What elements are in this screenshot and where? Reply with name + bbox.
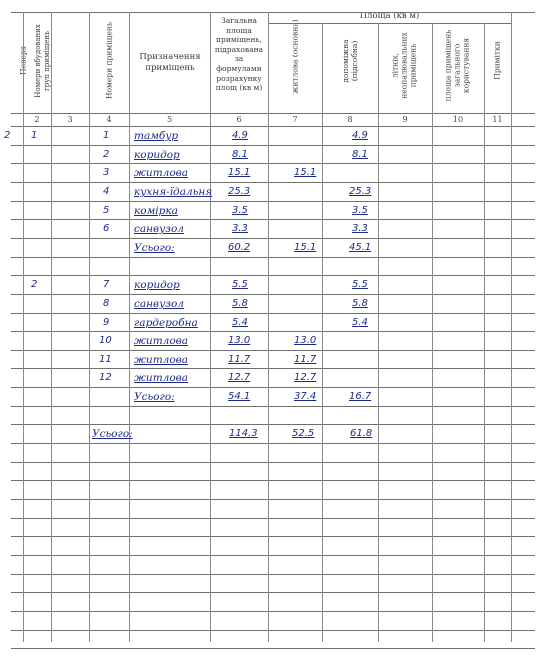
header-purpose: Призначення приміщень [135, 52, 205, 74]
header-notes: Примітки [493, 22, 502, 100]
room-purpose: кухня-їдальня [134, 186, 212, 198]
room-purpose: санвузол [134, 298, 184, 310]
column-line [23, 12, 24, 642]
grand-total-auxiliary: 61.8 [350, 428, 372, 440]
room-number: 9 [103, 317, 109, 329]
living-area: 37.4 [294, 391, 316, 403]
column-line [268, 12, 269, 642]
room-number: 3 [103, 167, 109, 179]
row-line [11, 648, 535, 649]
column-number: 3 [51, 115, 89, 125]
column-number: 5 [129, 115, 210, 125]
room-purpose: коридор [134, 279, 180, 291]
room-number: 11 [99, 354, 112, 366]
room-number: 8 [103, 298, 109, 310]
floor-area-table-sheet: Поверх Номери вбудованих груп приміщень … [0, 0, 549, 670]
room-number: 12 [99, 372, 112, 384]
room-purpose: житлова [134, 354, 188, 366]
area-group-divider [268, 23, 511, 24]
column-number: 10 [432, 115, 484, 125]
grand-total-area: 114.3 [229, 428, 258, 440]
auxiliary-area: 3.3 [352, 223, 368, 235]
total-area: 11.7 [228, 354, 250, 366]
room-number: 10 [99, 335, 112, 347]
column-line [51, 12, 52, 642]
auxiliary-area: 5.8 [352, 298, 368, 310]
total-area: 5.5 [232, 279, 248, 291]
auxiliary-area: 16.7 [349, 391, 371, 403]
auxiliary-area: 4.9 [352, 130, 368, 142]
room-number: 4 [103, 186, 109, 198]
living-area: 13.0 [294, 335, 316, 347]
room-number: 6 [103, 223, 109, 235]
room-purpose: Усього: [134, 391, 175, 403]
total-area: 13.0 [228, 335, 250, 347]
column-number: 6 [210, 115, 268, 125]
auxiliary-area: 5.5 [352, 279, 368, 291]
header-area-group: Площа (кв м) [268, 12, 511, 21]
header-group-numbers: Номери вбудованих груп приміщень [34, 19, 52, 103]
total-area: 25.3 [228, 186, 250, 198]
auxiliary-area: 25.3 [349, 186, 371, 198]
column-line [511, 12, 512, 642]
living-area: 11.7 [294, 354, 316, 366]
room-purpose: житлова [134, 167, 188, 179]
column-number: 7 [268, 115, 322, 125]
header-total-area: Загальна площа приміщень, підрахована за… [211, 16, 267, 93]
column-line [89, 12, 90, 642]
header-common-use: площа приміщень загального користування [444, 27, 471, 105]
column-number: 2 [23, 115, 51, 125]
auxiliary-area: 8.1 [352, 149, 368, 161]
total-area: 60.2 [228, 242, 250, 254]
total-area: 15.1 [228, 167, 250, 179]
room-purpose: тамбур [134, 130, 178, 142]
column-line [129, 12, 130, 642]
room-purpose: Усього: [134, 242, 175, 254]
total-area: 5.8 [232, 298, 248, 310]
column-number: 11 [484, 115, 511, 125]
header-summer-rooms: літніх, неопалювальних приміщень [391, 27, 418, 105]
room-purpose: житлова [134, 335, 188, 347]
total-area: 12.7 [228, 372, 250, 384]
column-number: 9 [378, 115, 432, 125]
room-number: 5 [103, 205, 109, 217]
room-purpose: гардеробна [134, 317, 198, 329]
living-area: 12.7 [294, 372, 316, 384]
total-area: 54.1 [228, 391, 250, 403]
column-line [210, 12, 211, 642]
living-area: 15.1 [294, 167, 316, 179]
column-number: 8 [322, 115, 378, 125]
total-area: 8.1 [232, 149, 248, 161]
room-purpose: житлова [134, 372, 188, 384]
floor-number: 1 [31, 130, 37, 142]
room-number: 2 [103, 149, 109, 161]
room-number: 1 [103, 130, 109, 142]
auxiliary-area: 5.4 [352, 317, 368, 329]
column-number: 4 [89, 115, 129, 125]
room-purpose: комірка [134, 205, 178, 217]
room-purpose: коридор [134, 149, 180, 161]
room-purpose: санвузол [134, 223, 184, 235]
total-area: 4.9 [232, 130, 248, 142]
header-living: житлова (основна) [291, 18, 300, 96]
living-area: 15.1 [294, 242, 316, 254]
grand-total-living: 52.5 [292, 428, 314, 440]
total-area: 5.4 [232, 317, 248, 329]
total-area: 3.5 [232, 205, 248, 217]
header-room-numbers: Номери приміщень [105, 19, 114, 103]
margin-mark: 2 [4, 130, 10, 142]
grand-total-label: Усього: [92, 428, 133, 440]
total-area: 3.3 [232, 223, 248, 235]
header-auxiliary: допоміжна (підсобна) [341, 22, 359, 100]
room-number: 7 [103, 279, 109, 291]
auxiliary-area: 45.1 [349, 242, 371, 254]
auxiliary-area: 3.5 [352, 205, 368, 217]
floor-number: 2 [31, 279, 37, 291]
